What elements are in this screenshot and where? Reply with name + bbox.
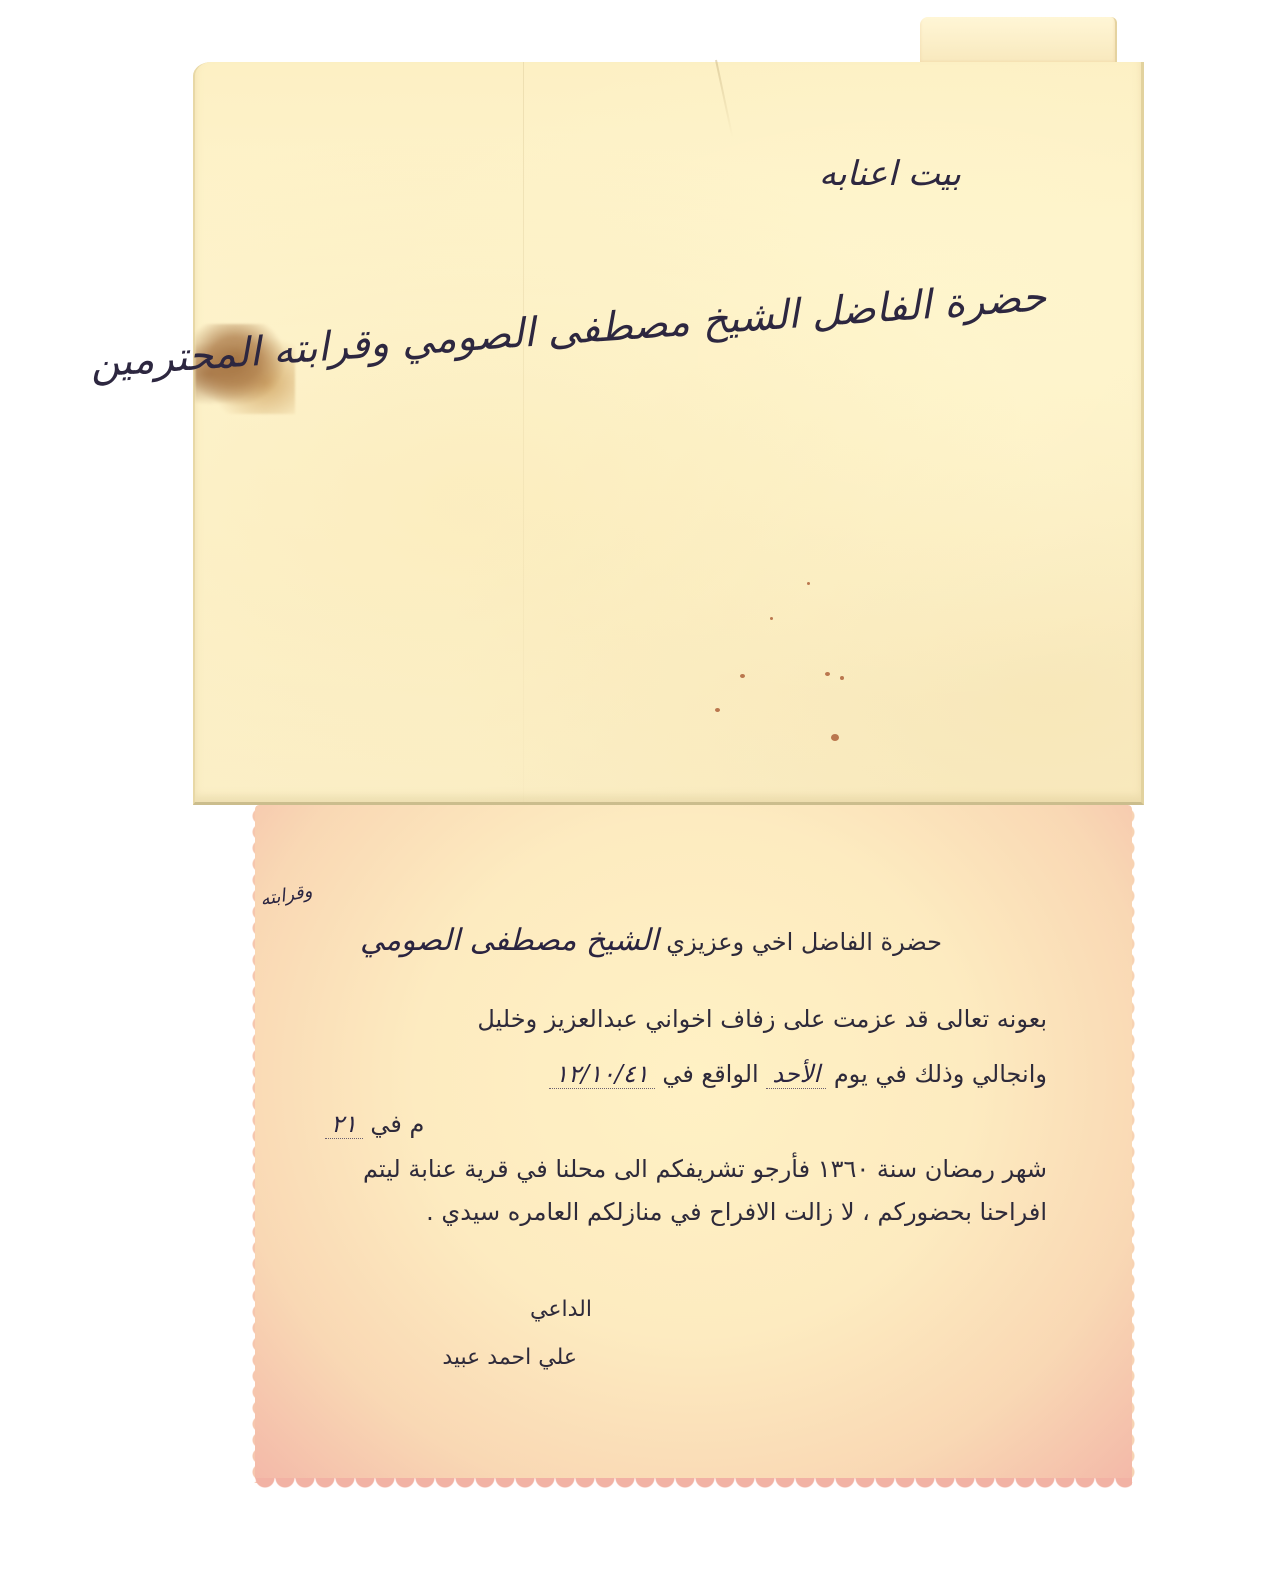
card-addressee: حضرة الفاضل اخي وعزيزي الشيخ مصطفى الصوم… — [360, 923, 942, 958]
hijri-day: ٢١ — [325, 1110, 363, 1139]
body-line-3: م في ٢١ — [325, 1110, 424, 1138]
envelope-flap-tab — [920, 17, 1117, 65]
body-line-3-mid: في — [370, 1110, 401, 1138]
body-line-3-prefix: م — [410, 1110, 425, 1138]
signature-label: الداعي — [530, 1297, 592, 1322]
body-line-2-prefix: وانجالي وذلك في يوم — [834, 1060, 1047, 1088]
invitation-card: وقرابته حضرة الفاضل اخي وعزيزي الشيخ مصط… — [255, 805, 1132, 1485]
card-scalloped-edge-bottom — [255, 1478, 1132, 1492]
addressee-handwritten: الشيخ مصطفى الصومي — [360, 923, 659, 958]
addressee-printed: حضرة الفاضل اخي وعزيزي — [666, 928, 942, 956]
envelope-tear — [715, 60, 734, 139]
body-line-1: بعونه تعالى قد عزمت على زفاف اخواني عبدا… — [477, 1005, 1047, 1033]
envelope-location: بيت اعنابه — [819, 154, 961, 194]
body-line-4: شهر رمضان سنة ١٣٦٠ فأرجو تشريفكم الى محل… — [363, 1155, 1047, 1183]
addressee-note: وقرابته — [259, 881, 314, 911]
body-line-2: وانجالي وذلك في يوم الأحد الواقع في ١٢/١… — [549, 1060, 1047, 1088]
signature-name: علي احمد عبيد — [442, 1345, 577, 1370]
event-date: ١٢/١٠/٤١ — [549, 1060, 655, 1089]
body-line-5: افراحنا بحضوركم ، لا زالت الافراح في منا… — [426, 1198, 1047, 1226]
envelope-crease — [523, 62, 524, 802]
envelope-addressee: حضرة الفاضل الشيخ مصطفى الصومي وقرابته ا… — [89, 274, 1048, 387]
body-line-2-mid: الواقع في — [662, 1060, 758, 1088]
event-day: الأحد — [766, 1060, 826, 1089]
envelope: بيت اعنابه حضرة الفاضل الشيخ مصطفى الصوم… — [193, 62, 1144, 805]
